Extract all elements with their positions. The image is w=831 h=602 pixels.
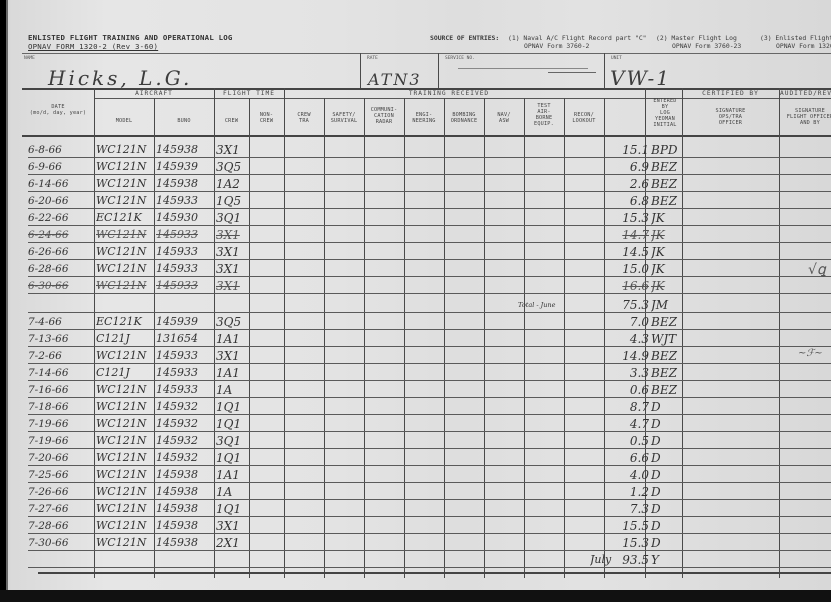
crew-cell: 1A [216, 381, 250, 399]
date-cell: 6-8-66 [28, 141, 96, 159]
table-row: 7-19-66WC121N1459323Q10.5D [28, 432, 831, 450]
date-cell: 6-22-66 [28, 209, 96, 227]
hours-cell: 6.6 [613, 449, 649, 467]
initial-cell: JM [651, 296, 685, 314]
crew-cell: 3X1 [216, 517, 250, 535]
model-cell: WC121N [96, 260, 156, 278]
crew-cell: 3X1 [216, 260, 250, 278]
margin-signature-mark: ~ℱ~ [798, 348, 823, 359]
scan-edge [0, 590, 831, 602]
date-cell: 6-24-66 [28, 226, 96, 244]
buno-cell: 145933 [156, 243, 216, 261]
table-row: 75.3JMTotal - June [28, 296, 831, 314]
buno-cell [156, 296, 216, 314]
crew-cell: 1A [216, 483, 250, 501]
date-cell: 7-2-66 [28, 347, 96, 365]
certified-group-header: CERTIFIED BY [683, 90, 778, 97]
buno-cell: 145938 [156, 466, 216, 484]
crew-cell: 3Q1 [216, 209, 250, 227]
date-cell: 6-9-66 [28, 158, 96, 176]
initial-cell: BEZ [651, 175, 685, 193]
table-row: 7-19-66WC121N1459321Q14.7D [28, 415, 831, 433]
table-row: 7-26-66WC121N1459381A1.2D [28, 483, 831, 501]
hours-cell: 6.9 [613, 158, 649, 176]
hours-cell: 6.8 [613, 192, 649, 210]
date-cell [28, 296, 96, 314]
hours-cell: 4.0 [613, 466, 649, 484]
date-cell: 6-30-66 [28, 277, 96, 295]
model-cell: WC121N [96, 175, 156, 193]
date-cell: 7-13-66 [28, 330, 96, 348]
hours-cell: 3.3 [613, 364, 649, 382]
nav-asw-col-header: NAV/ ASW [484, 112, 524, 124]
crew-cell: 3Q5 [216, 313, 250, 331]
buno-cell: 145933 [156, 192, 216, 210]
initial-cell: D [651, 534, 685, 552]
table-row: 6-30-66WC121N1459333X116.6JK [28, 277, 831, 295]
table-row: 7-28-66WC121N1459383X115.5D [28, 517, 831, 535]
model-cell: WC121N [96, 243, 156, 261]
total-note: July [590, 551, 670, 569]
model-cell: WC121N [96, 141, 156, 159]
divider [604, 53, 605, 88]
table-row: 6-28-66WC121N1459333X115.0JK [28, 260, 831, 278]
table-row: 6-14-66WC121N1459381A22.6BEZ [28, 175, 831, 193]
crew-cell: 1A1 [216, 466, 250, 484]
initial-cell: JK [651, 243, 685, 261]
hours-cell: 14.9 [613, 347, 649, 365]
date-cell: 7-19-66 [28, 415, 96, 433]
model-col-header: MODEL [94, 118, 154, 124]
buno-cell: 145938 [156, 517, 216, 535]
rate-field[interactable]: ATN3 [368, 70, 422, 89]
buno-cell: 145932 [156, 432, 216, 450]
date-col-header: DATE (mo/d, day, year) [22, 104, 94, 116]
safety-col-header: SAFETY/ SURVIVAL [324, 112, 364, 124]
crew-cell: 1Q1 [216, 449, 250, 467]
date-cell: 7-26-66 [28, 483, 96, 501]
date-cell [28, 551, 96, 569]
bottom-rule [38, 572, 831, 574]
hours-cell: 1.2 [613, 483, 649, 501]
source-of-entries-label: SOURCE OF ENTRIES: [430, 35, 499, 43]
hours-cell: 8.7 [613, 398, 649, 416]
source-3: (3) Enlisted Flight OPNAV Form 1320 [760, 35, 831, 50]
date-cell: 7-4-66 [28, 313, 96, 331]
initial-cell: WJT [651, 330, 685, 348]
crew-cell: 1A1 [216, 330, 250, 348]
hours-cell: 0.6 [613, 381, 649, 399]
crew-cell: 1Q1 [216, 398, 250, 416]
initial-cell: D [651, 398, 685, 416]
crew-cell: 1A1 [216, 364, 250, 382]
non-crew-col-header: NON- CREW [249, 112, 284, 124]
table-row: 7-30-66WC121N1459382X115.3D [28, 534, 831, 552]
crew-cell: 3X1 [216, 243, 250, 261]
initial-cell: D [651, 466, 685, 484]
buno-cell: 145933 [156, 226, 216, 244]
buno-cell: 145932 [156, 449, 216, 467]
initial-cell: BEZ [651, 192, 685, 210]
hours-cell: 4.3 [613, 330, 649, 348]
table-row: 7-14-66C121J1459331A13.3BEZ [28, 364, 831, 382]
model-cell: WC121N [96, 415, 156, 433]
initial-cell: JK [651, 260, 685, 278]
margin-signature-mark: √ꝗ [808, 262, 826, 278]
table-row: 6-8-66WC121N1459383X115.1BPD [28, 141, 831, 159]
hours-cell: 15.0 [613, 260, 649, 278]
model-cell: WC121N [96, 226, 156, 244]
model-cell: WC121N [96, 534, 156, 552]
initial-cell: BEZ [651, 313, 685, 331]
initial-cell: BEZ [651, 347, 685, 365]
crew-cell: 3Q5 [216, 158, 250, 176]
crew-cell: 1Q5 [216, 192, 250, 210]
buno-cell: 145933 [156, 364, 216, 382]
source-2: (2) Master Flight Log OPNAV Form 3760-23 [656, 35, 741, 50]
rate-label: RATE [367, 56, 378, 61]
table-row: 7-25-66WC121N1459381A14.0D [28, 466, 831, 484]
initial-cell: D [651, 449, 685, 467]
form-title: ENLISTED FLIGHT TRAINING AND OPERATIONAL… [28, 33, 233, 42]
model-cell: EC121K [96, 313, 156, 331]
training-group-header: TRAINING RECEIVED [284, 90, 614, 97]
table-row: 7-13-66C121J1316541A14.3WJT [28, 330, 831, 348]
buno-cell: 145938 [156, 483, 216, 501]
model-cell: WC121N [96, 483, 156, 501]
table-row: 6-24-66WC121N1459333X114.7JK [28, 226, 831, 244]
table-row: 7-20-66WC121N1459321Q16.6D [28, 449, 831, 467]
audited-sig-col-header: SIGNATURE FLIGHT OFFICER AND BY [780, 108, 831, 126]
name-field[interactable]: Hicks, L.G. [48, 66, 192, 90]
unit-label: UNIT [611, 56, 622, 61]
buno-cell: 145933 [156, 260, 216, 278]
initial-cell: D [651, 517, 685, 535]
divider [548, 72, 596, 73]
date-cell: 6-20-66 [28, 192, 96, 210]
flight-time-group-header: FLIGHT TIME [214, 90, 284, 97]
model-cell: WC121N [96, 398, 156, 416]
divider [94, 98, 831, 99]
crew-cell: 3Q1 [216, 432, 250, 450]
buno-cell: 145938 [156, 141, 216, 159]
table-row: 6-9-66WC121N1459393Q56.9BEZ [28, 158, 831, 176]
initial-cell: BPD [651, 141, 685, 159]
buno-cell: 145938 [156, 500, 216, 518]
date-cell: 6-28-66 [28, 260, 96, 278]
date-cell: 6-14-66 [28, 175, 96, 193]
engineering-col-header: ENGI- NEERING [404, 112, 444, 124]
table-row: 6-20-66WC121N1459331Q56.8BEZ [28, 192, 831, 210]
initial-cell: JK [651, 209, 685, 227]
form-number: OPNAV FORM 1320-2 (Rev 3-60) [28, 42, 233, 51]
buno-cell: 145930 [156, 209, 216, 227]
buno-cell: 145932 [156, 415, 216, 433]
hours-cell: 0.5 [613, 432, 649, 450]
date-cell: 7-25-66 [28, 466, 96, 484]
model-cell: WC121N [96, 347, 156, 365]
model-cell: WC121N [96, 277, 156, 295]
crew-cell: 3X1 [216, 141, 250, 159]
hours-cell: 15.3 [613, 209, 649, 227]
service-no-label: SERVICE NO. [445, 56, 475, 61]
table-row: 7-2-66WC121N1459333X114.9BEZ [28, 347, 831, 365]
log-sheet: ENLISTED FLIGHT TRAINING AND OPERATIONAL… [6, 0, 831, 590]
table-row: 6-26-66WC121N1459333X114.5JK [28, 243, 831, 261]
model-cell: WC121N [96, 158, 156, 176]
table-row: 7-27-66WC121N1459381Q17.3D [28, 500, 831, 518]
certified-sig-col-header: SIGNATURE OPS/TRA OFFICER [683, 108, 778, 126]
crew-cell: 1A2 [216, 175, 250, 193]
hours-cell: 4.7 [613, 415, 649, 433]
model-cell: EC121K [96, 209, 156, 227]
hours-cell: 14.5 [613, 243, 649, 261]
divider [22, 53, 831, 54]
initial-cell: BEZ [651, 381, 685, 399]
model-cell: WC121N [96, 381, 156, 399]
buno-cell: 145933 [156, 381, 216, 399]
crew-cell: 1Q1 [216, 500, 250, 518]
hours-cell: 15.1 [613, 141, 649, 159]
initial-cell: JK [651, 277, 685, 295]
entered-by-col-header: ENTERED BY LOG YEOMAN INITIAL [648, 98, 682, 128]
test-equip-col-header: TEST AIR- BORNE EQUIP. [524, 103, 564, 127]
divider [438, 53, 439, 88]
table-row: 93.5YJuly [28, 551, 831, 569]
hours-cell: 14.7 [613, 226, 649, 244]
model-cell: WC121N [96, 466, 156, 484]
model-cell: WC121N [96, 500, 156, 518]
crew-cell: 3X1 [216, 226, 250, 244]
crew-cell: 3X1 [216, 277, 250, 295]
crew-cell: 3X1 [216, 347, 250, 365]
date-cell: 7-30-66 [28, 534, 96, 552]
crew-cell: 1Q1 [216, 415, 250, 433]
buno-cell: 145938 [156, 534, 216, 552]
aircraft-group-header: AIRCRAFT [94, 90, 214, 97]
model-cell [96, 551, 156, 569]
table-row: 7-16-66WC121N1459331A0.6BEZ [28, 381, 831, 399]
divider [360, 53, 361, 88]
total-note: Total - June [518, 296, 598, 314]
hours-cell: 2.6 [613, 175, 649, 193]
date-cell: 7-19-66 [28, 432, 96, 450]
bombing-col-header: BOMBING ORDNANCE [444, 112, 484, 124]
crew-cell: 2X1 [216, 534, 250, 552]
buno-cell: 145939 [156, 158, 216, 176]
crew-cell [216, 551, 250, 569]
unit-field[interactable]: VW-1 [610, 66, 671, 90]
initial-cell: D [651, 432, 685, 450]
divider [458, 68, 588, 69]
buno-col-header: BUNO [154, 118, 214, 124]
buno-cell [156, 551, 216, 569]
crew-cell [216, 296, 250, 314]
model-cell [96, 296, 156, 314]
model-cell: WC121N [96, 432, 156, 450]
initial-cell: D [651, 500, 685, 518]
buno-cell: 145933 [156, 347, 216, 365]
divider [22, 135, 831, 137]
date-cell: 7-16-66 [28, 381, 96, 399]
initial-cell: D [651, 415, 685, 433]
hours-cell: 15.5 [613, 517, 649, 535]
buno-cell: 145932 [156, 398, 216, 416]
buno-cell: 145938 [156, 175, 216, 193]
hours-cell: 7.3 [613, 500, 649, 518]
initial-cell: D [651, 483, 685, 501]
audited-group-header: AUDITED/REVIEWED [780, 90, 831, 97]
model-cell: WC121N [96, 192, 156, 210]
recon-col-header: RECON/ LOOKOUT [564, 112, 604, 124]
communication-col-header: COMMUNI- CATION RADAR [364, 107, 404, 125]
date-cell: 7-20-66 [28, 449, 96, 467]
hours-cell: 7.0 [613, 313, 649, 331]
hours-cell: 15.3 [613, 534, 649, 552]
date-cell: 7-14-66 [28, 364, 96, 382]
model-cell: WC121N [96, 517, 156, 535]
table-row: 7-4-66EC121K1459393Q57.0BEZ [28, 313, 831, 331]
form-title-block: ENLISTED FLIGHT TRAINING AND OPERATIONAL… [28, 33, 233, 51]
date-cell: 7-18-66 [28, 398, 96, 416]
table-row: 6-22-66EC121K1459303Q115.3JK [28, 209, 831, 227]
buno-cell: 145939 [156, 313, 216, 331]
model-cell: WC121N [96, 449, 156, 467]
hours-cell: 16.6 [613, 277, 649, 295]
crew-tra-col-header: CREW TRA [284, 112, 324, 124]
date-cell: 7-28-66 [28, 517, 96, 535]
buno-cell: 145933 [156, 277, 216, 295]
name-label: NAME [24, 56, 35, 61]
crew-col-header: CREW [214, 118, 249, 124]
model-cell: C121J [96, 364, 156, 382]
buno-cell: 131654 [156, 330, 216, 348]
table-row: 7-18-66WC121N1459321Q18.7D [28, 398, 831, 416]
initial-cell: JK [651, 226, 685, 244]
model-cell: C121J [96, 330, 156, 348]
hours-cell: 75.3 [613, 296, 649, 314]
initial-cell: BEZ [651, 158, 685, 176]
date-cell: 7-27-66 [28, 500, 96, 518]
date-cell: 6-26-66 [28, 243, 96, 261]
initial-cell: BEZ [651, 364, 685, 382]
source-1: (1) Naval A/C Flight Record part "C" OPN… [508, 35, 647, 50]
